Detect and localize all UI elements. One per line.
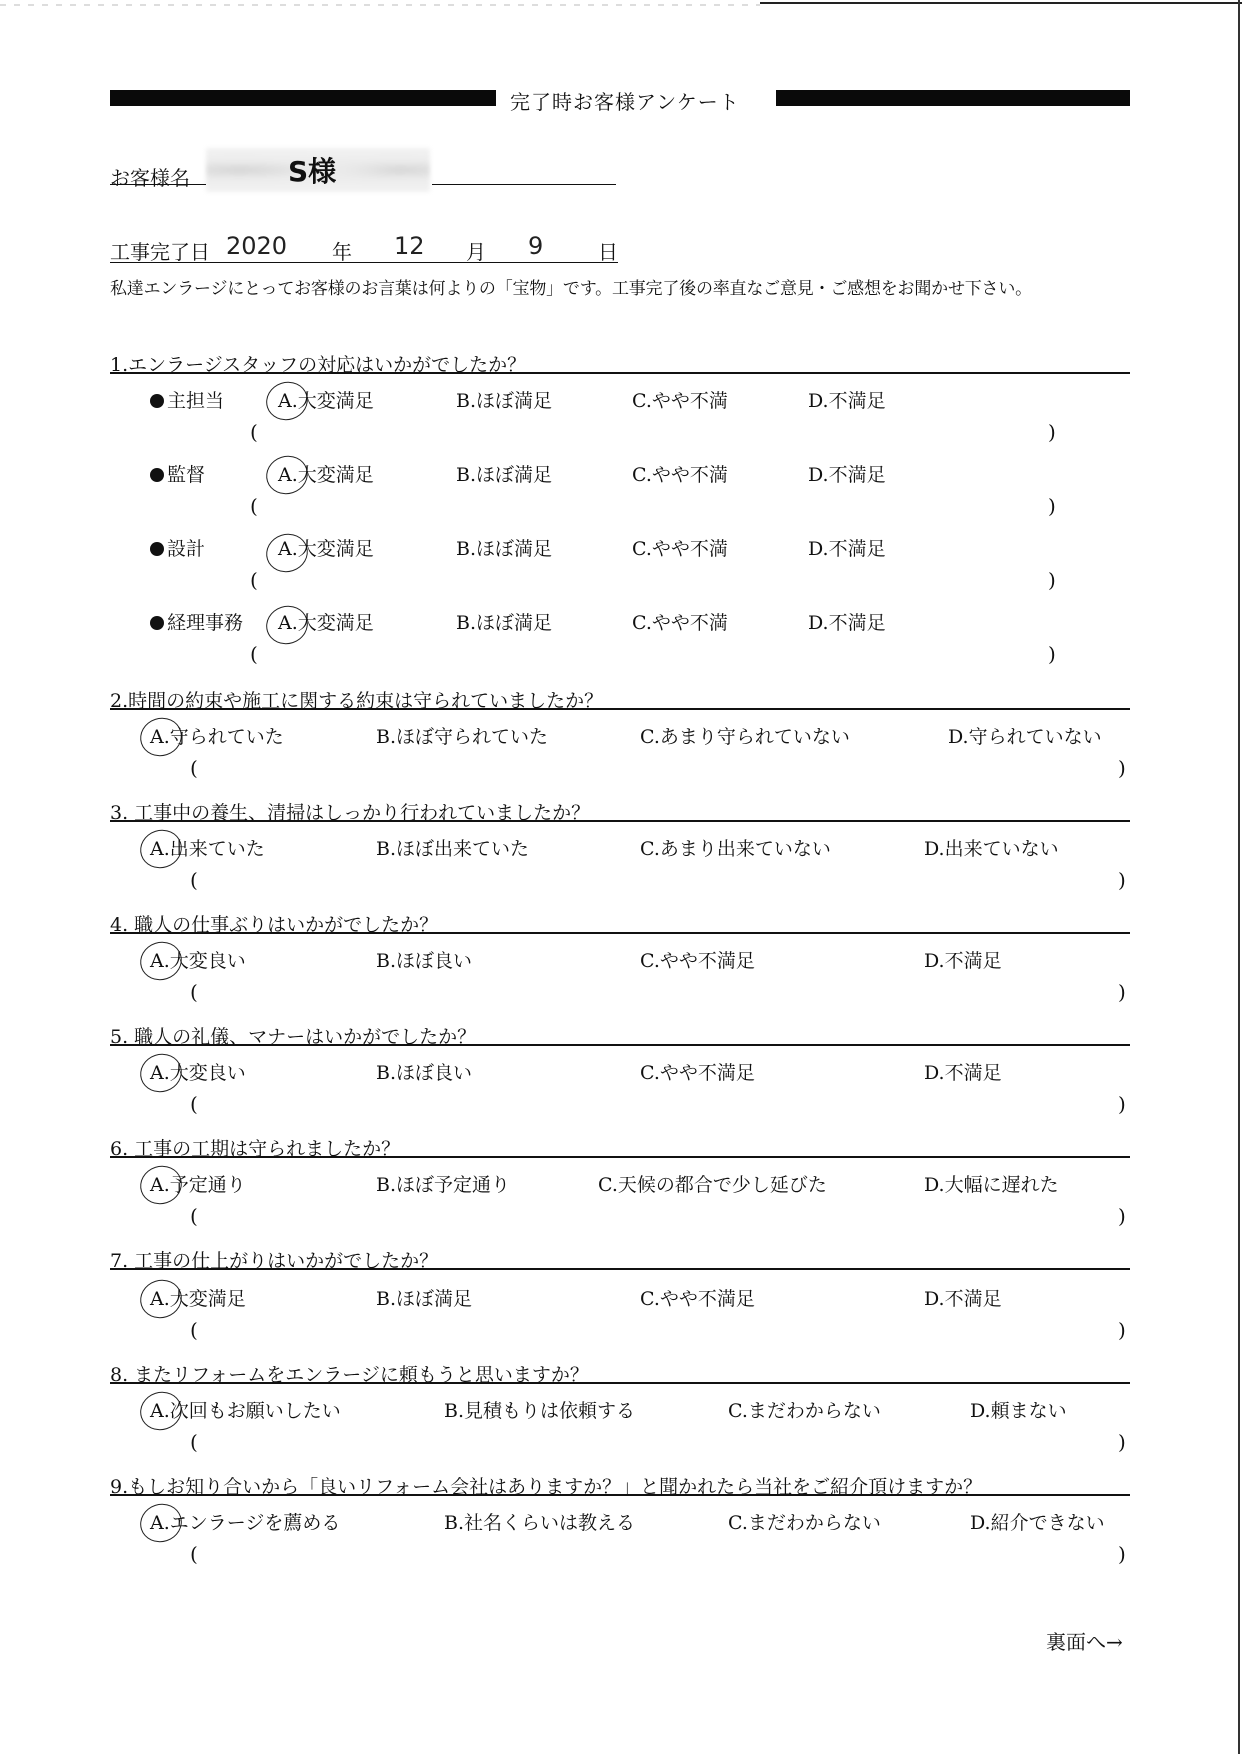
option-b[interactable]: B.ほぼ満足 — [456, 608, 552, 635]
option-c[interactable]: C.やや不満 — [632, 460, 728, 487]
form-header: 完了時お客様アンケート — [110, 86, 1130, 112]
comment-paren-open: ( — [250, 420, 258, 444]
option-b[interactable]: B.ほぼ出来ていた — [376, 834, 529, 861]
option-a[interactable]: A.エンラージを薦める — [150, 1508, 340, 1535]
question-rule — [110, 1156, 1130, 1158]
option-d[interactable]: D.不満足 — [924, 1058, 1002, 1085]
option-c[interactable]: C.やや不満 — [632, 534, 728, 561]
comment-paren-close: ) — [1118, 756, 1126, 780]
option-d[interactable]: D.頼まない — [970, 1396, 1067, 1423]
option-a[interactable]: A.予定通り — [150, 1170, 246, 1197]
comment-paren-close: ) — [1118, 1204, 1126, 1228]
bullet-icon — [150, 468, 164, 482]
option-c[interactable]: C.やや不満足 — [640, 1284, 755, 1311]
role-label: 監督 — [167, 464, 205, 486]
option-d[interactable]: D.不満足 — [808, 608, 886, 635]
question-rule — [110, 708, 1130, 710]
comment-paren-close: ) — [1118, 980, 1126, 1004]
page-edge-right — [1238, 0, 1240, 1754]
customer-name-field: お客様名 S様 — [110, 148, 620, 188]
option-b[interactable]: B.ほぼ満足 — [456, 534, 552, 561]
intro-text: 私達エンラージにとってお客様のお言葉は何よりの「宝物」です。工事完了後の率直なご… — [110, 274, 1032, 299]
question-rule — [110, 1268, 1130, 1270]
completion-year: 2020 — [226, 232, 287, 260]
customer-name-underline — [110, 184, 206, 185]
option-a[interactable]: A.大変良い — [150, 946, 246, 973]
comment-paren-open: ( — [190, 756, 198, 780]
next-page-indicator: 裏面へ→ — [1046, 1626, 1123, 1655]
option-d[interactable]: D.出来ていない — [924, 834, 1059, 861]
option-b[interactable]: B.ほぼ満足 — [376, 1284, 472, 1311]
scan-artifact — [0, 4, 760, 6]
option-d[interactable]: D.紹介できない — [970, 1508, 1105, 1535]
option-a[interactable]: A.大変満足 — [278, 386, 374, 413]
option-b[interactable]: B.ほぼ良い — [376, 946, 472, 973]
option-d[interactable]: D.不満足 — [808, 386, 886, 413]
option-b[interactable]: B.ほぼ満足 — [456, 460, 552, 487]
comment-paren-open: ( — [190, 980, 198, 1004]
option-b[interactable]: B.ほぼ予定通り — [376, 1170, 510, 1197]
comment-paren-open: ( — [250, 494, 258, 518]
option-a[interactable]: A.大変満足 — [278, 608, 374, 635]
role-label: 主担当 — [167, 390, 224, 412]
header-bar-left — [110, 90, 496, 106]
option-d[interactable]: D.不満足 — [924, 946, 1002, 973]
option-d[interactable]: D.不満足 — [808, 534, 886, 561]
option-d[interactable]: D.大幅に遅れた — [924, 1170, 1059, 1197]
option-a[interactable]: A.大変満足 — [278, 460, 374, 487]
option-c[interactable]: C.やや不満 — [632, 386, 728, 413]
customer-name-label: お客様名 — [110, 162, 190, 191]
option-a[interactable]: A.大変満足 — [150, 1284, 246, 1311]
option-b[interactable]: B.ほぼ守られていた — [376, 722, 548, 749]
option-d[interactable]: D.守られていない — [948, 722, 1102, 749]
option-c[interactable]: C.やや不満 — [632, 608, 728, 635]
comment-paren-close: ) — [1048, 420, 1056, 444]
comment-paren-open: ( — [190, 1542, 198, 1566]
option-b[interactable]: B.ほぼ満足 — [456, 386, 552, 413]
month-unit: 月 — [466, 236, 486, 265]
comment-paren-close: ) — [1118, 1092, 1126, 1116]
option-c[interactable]: C.天候の都合で少し延びた — [598, 1170, 827, 1197]
completion-date-label: 工事完了日 — [110, 236, 210, 265]
option-a[interactable]: A.大変満足 — [278, 534, 374, 561]
option-a[interactable]: A.次回もお願いしたい — [150, 1396, 341, 1423]
year-unit: 年 — [332, 236, 352, 265]
option-c[interactable]: C.やや不満足 — [640, 946, 755, 973]
question-rule — [110, 1044, 1130, 1046]
form-title: 完了時お客様アンケート — [510, 86, 740, 115]
option-c[interactable]: C.やや不満足 — [640, 1058, 755, 1085]
bullet-icon — [150, 616, 164, 630]
question-rule — [110, 1494, 1130, 1496]
comment-paren-open: ( — [250, 642, 258, 666]
option-b[interactable]: B.社名くらいは教える — [444, 1508, 635, 1535]
customer-name-value: S様 — [288, 150, 336, 190]
question-rule — [110, 932, 1130, 934]
comment-paren-open: ( — [190, 1430, 198, 1454]
option-b[interactable]: B.見積もりは依頼する — [444, 1396, 635, 1423]
option-c[interactable]: C.あまり出来ていない — [640, 834, 831, 861]
role-label: 経理事務 — [167, 612, 243, 634]
comment-paren-close: ) — [1048, 494, 1056, 518]
comment-paren-open: ( — [190, 868, 198, 892]
option-d[interactable]: D.不満足 — [808, 460, 886, 487]
customer-name-underline-right — [432, 184, 616, 185]
comment-paren-open: ( — [190, 1204, 198, 1228]
q1-rule — [110, 372, 1130, 374]
day-unit: 日 — [598, 236, 618, 265]
comment-paren-close: ) — [1118, 1430, 1126, 1454]
option-c[interactable]: C.あまり守られていない — [640, 722, 850, 749]
bullet-icon — [150, 394, 164, 408]
page-edge-top — [760, 2, 1242, 4]
completion-month: 12 — [394, 232, 425, 260]
question-rule — [110, 820, 1130, 822]
comment-paren-close: ) — [1048, 568, 1056, 592]
option-b[interactable]: B.ほぼ良い — [376, 1058, 472, 1085]
comment-paren-close: ) — [1118, 1318, 1126, 1342]
option-d[interactable]: D.不満足 — [924, 1284, 1002, 1311]
bullet-icon — [150, 542, 164, 556]
completion-day: 9 — [528, 232, 543, 260]
option-c[interactable]: C.まだわからない — [728, 1396, 881, 1423]
option-a[interactable]: A.出来ていた — [150, 834, 265, 861]
header-bar-right — [776, 90, 1130, 106]
comment-paren-open: ( — [190, 1318, 198, 1342]
option-a[interactable]: A.大変良い — [150, 1058, 246, 1085]
comment-paren-close: ) — [1118, 868, 1126, 892]
comment-paren-close: ) — [1118, 1542, 1126, 1566]
comment-paren-close: ) — [1048, 642, 1056, 666]
role-label: 設計 — [167, 538, 205, 560]
completion-date-underline — [110, 262, 618, 263]
comment-paren-open: ( — [250, 568, 258, 592]
option-a[interactable]: A.守られていた — [150, 722, 284, 749]
option-c[interactable]: C.まだわからない — [728, 1508, 881, 1535]
comment-paren-open: ( — [190, 1092, 198, 1116]
question-rule — [110, 1382, 1130, 1384]
